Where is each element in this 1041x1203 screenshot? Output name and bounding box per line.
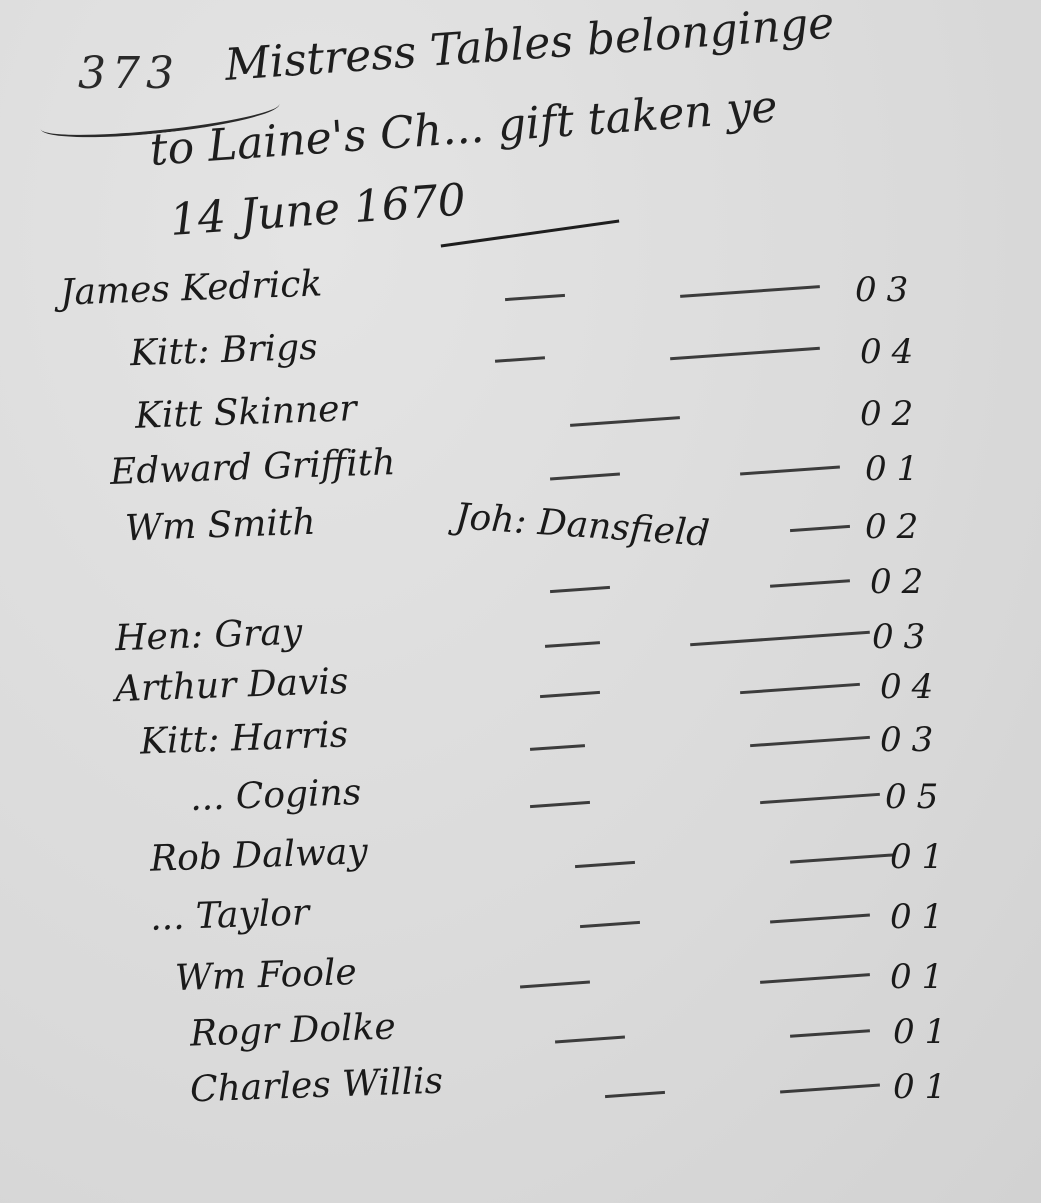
ledger-entry: Hen: Gray03 [0,615,1041,665]
ledger-entry: 02 [0,560,1041,610]
entry-count: 03 [872,617,935,657]
leader-dash [605,1091,665,1098]
leader-dash [760,793,880,804]
entry-name: Edward Griffith [109,442,396,493]
leader-dash [520,981,590,989]
entry-name: ... Cogins [189,772,362,819]
entry-name: Kitt: Brigs [129,327,318,375]
leader-dash [680,285,820,298]
ledger-entry: Rogr Dolke01 [0,1010,1041,1060]
entry-name: Rogr Dolke [189,1006,396,1054]
ledger-entry: Rob Dalway01 [0,835,1041,885]
leader-dash [690,631,870,647]
entry-name: Rob Dalway [149,831,368,880]
leader-dash [550,586,610,593]
entry-name: Hen: Gray [114,612,303,660]
entry-count: 01 [865,449,928,489]
ledger-entry: Arthur Davis04 [0,665,1041,715]
entry-count: 05 [885,777,948,817]
ledger-entry: Wm Smith02 [0,505,1041,555]
leader-dash [790,1029,870,1038]
leader-dash [505,294,565,301]
ledger-entry: Kitt Skinner02 [0,392,1041,442]
ledger-entry: Kitt: Harris03 [0,718,1041,768]
leader-dash [545,641,600,648]
entry-list: James Kedrick03Kitt: Brigs04Kitt Skinner… [0,0,1041,1203]
leader-dash [530,801,590,808]
leader-dash [790,525,850,532]
leader-dash [540,691,600,698]
entry-name: Kitt Skinner [134,388,357,437]
entry-count: 01 [893,1012,956,1052]
ledger-entry: Charles Willis01 [0,1065,1041,1115]
leader-dash [790,853,895,863]
leader-dash [550,473,620,481]
leader-dash [670,347,820,360]
entry-name: Wm Smith [124,502,316,550]
ledger-entry: James Kedrick03 [0,268,1041,318]
leader-dash [780,1084,880,1094]
ledger-entry: Edward Griffith01 [0,447,1041,497]
ledger-entry: ... Cogins05 [0,775,1041,825]
entry-count: 01 [893,1067,956,1107]
leader-dash [575,861,635,868]
leader-dash [555,1036,625,1044]
leader-dash [530,744,585,751]
entry-count: 04 [860,332,923,372]
entry-count: 02 [865,507,928,547]
entry-name: James Kedrick [59,263,323,313]
entry-count: 01 [890,837,953,877]
entry-name: Wm Foole [174,952,357,999]
entry-count: 02 [870,562,933,602]
leader-dash [770,579,850,588]
entry-count: 01 [890,897,953,937]
entry-count: 01 [890,957,953,997]
entry-count: 03 [855,270,918,310]
entry-name: Kitt: Harris [139,714,348,762]
entry-name: Arthur Davis [114,661,349,710]
entry-count: 04 [880,667,943,707]
ledger-entry: Wm Foole01 [0,955,1041,1005]
leader-dash [750,736,870,747]
entry-name: Charles Willis [189,1061,443,1111]
leader-dash [570,416,680,427]
entry-count: 02 [860,394,923,434]
leader-dash [760,973,870,984]
leader-dash [740,683,860,694]
entry-name: ... Taylor [149,892,310,939]
ledger-entry: Kitt: Brigs04 [0,330,1041,380]
leader-dash [770,914,870,924]
ledger-entry: ... Taylor01 [0,895,1041,945]
leader-dash [495,356,545,362]
leader-dash [580,921,640,928]
leader-dash [740,466,840,476]
entry-count: 03 [880,720,943,760]
